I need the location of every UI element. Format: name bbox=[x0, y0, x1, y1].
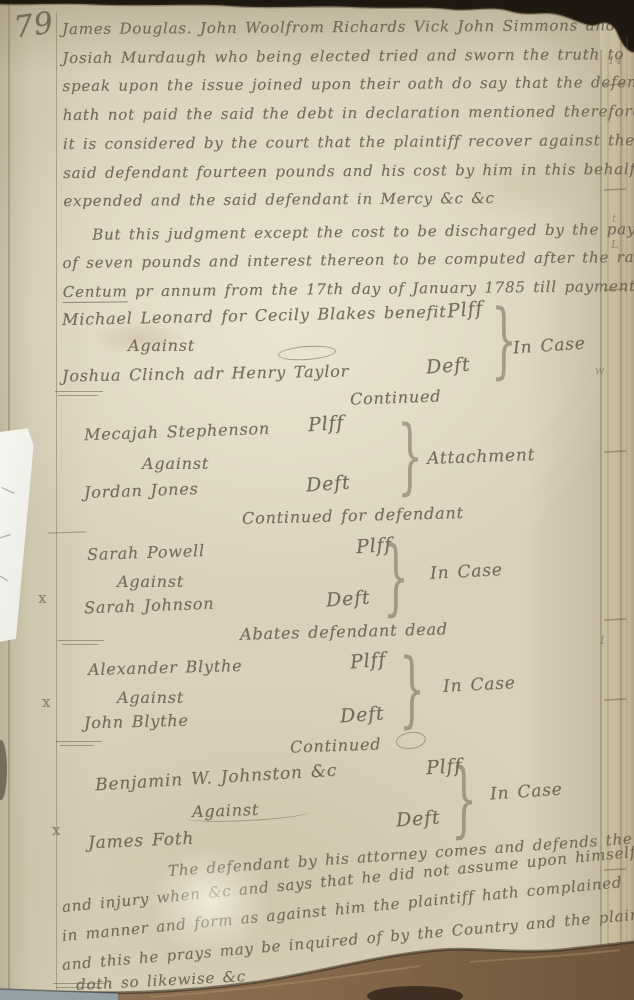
case-action-type: Attachment bbox=[427, 445, 536, 469]
judgment-line-rest: pr annum from the 17th day of January 17… bbox=[127, 277, 634, 300]
verdict-line: it is considered by the court that the p… bbox=[63, 126, 634, 159]
case-defendant-label: Deft bbox=[339, 702, 385, 727]
verdict-line: Josiah Murdaugh who being elected tried … bbox=[62, 39, 634, 72]
separator-dash bbox=[60, 745, 94, 746]
right-margin-annotation: 1 bbox=[599, 634, 606, 647]
case-brace: } bbox=[491, 300, 517, 382]
case-brace: } bbox=[397, 416, 423, 498]
case-defendant: Jordan Jones bbox=[84, 479, 199, 502]
case-plaintiff: Alexander Blythe bbox=[88, 656, 243, 679]
case-against: Against bbox=[142, 454, 209, 473]
case-defendant: John Blythe bbox=[84, 711, 189, 733]
verdict-line: said defendant fourteen pounds and his c… bbox=[63, 154, 634, 187]
case-defendant-label: Deft bbox=[425, 353, 471, 378]
right-margin-annotation: 14 bbox=[608, 54, 622, 67]
manuscript-photo: 79 James Douglas. John Woolfrom Richards… bbox=[0, 0, 634, 1000]
pencil-mark bbox=[1, 487, 14, 494]
case-plaintiff-label: Plff bbox=[307, 412, 345, 436]
verdict-paragraph: James Douglas. John Woolfrom Richards Vi… bbox=[62, 11, 634, 216]
case-against: Against bbox=[117, 572, 184, 591]
separator-dash bbox=[58, 640, 104, 641]
case-defendant-label: Deft bbox=[305, 471, 351, 496]
separator-dash bbox=[56, 987, 100, 988]
case-plaintiff-label: Plff bbox=[446, 297, 484, 322]
separator-dash bbox=[56, 741, 102, 742]
margin-mark: x bbox=[38, 589, 47, 607]
verdict-line: James Douglas. John Woolfrom Richards Vi… bbox=[62, 11, 634, 44]
case-defendant-label: Deft bbox=[395, 806, 441, 831]
case-brace: } bbox=[451, 759, 477, 841]
separator-dash bbox=[62, 644, 98, 645]
case-disposition: Continued bbox=[290, 734, 382, 756]
underlined-word: Centum bbox=[63, 282, 128, 303]
case-action-type: In Case bbox=[430, 560, 504, 584]
case-against: Against bbox=[128, 336, 195, 355]
case-plaintiff-label: Plff bbox=[349, 648, 387, 673]
case-defendant-label: Deft bbox=[325, 586, 371, 611]
separator-dash bbox=[55, 391, 103, 392]
separator-dash bbox=[58, 395, 98, 396]
separator-dash bbox=[53, 983, 105, 984]
judgment-paragraph: But this judgment except the cost to be … bbox=[62, 214, 634, 306]
case-brace: } bbox=[383, 537, 409, 619]
page-number: 79 bbox=[12, 5, 56, 45]
case-brace: } bbox=[399, 649, 425, 731]
verdict-line: speak upon the issue joined upon their o… bbox=[62, 68, 634, 101]
case-disposition: Continued bbox=[350, 386, 442, 408]
verdict-line: expended and the said defendant in Mercy… bbox=[63, 183, 634, 216]
pencil-mark bbox=[0, 534, 11, 539]
pencil-mark bbox=[0, 576, 8, 582]
case-action-type: In Case bbox=[443, 673, 517, 697]
right-margin-annotation: L bbox=[611, 238, 618, 251]
margin-mark: x bbox=[52, 821, 61, 839]
right-margin-annotation: w bbox=[595, 364, 604, 377]
margin-rule-line bbox=[56, 12, 57, 990]
right-margin-annotation: t bbox=[612, 212, 616, 225]
right-margin-annotation: 1 bbox=[606, 112, 613, 125]
case-against: Against bbox=[117, 688, 184, 707]
margin-mark: x bbox=[42, 693, 51, 711]
verdict-line: hath not paid the said the debt in decla… bbox=[63, 97, 634, 130]
